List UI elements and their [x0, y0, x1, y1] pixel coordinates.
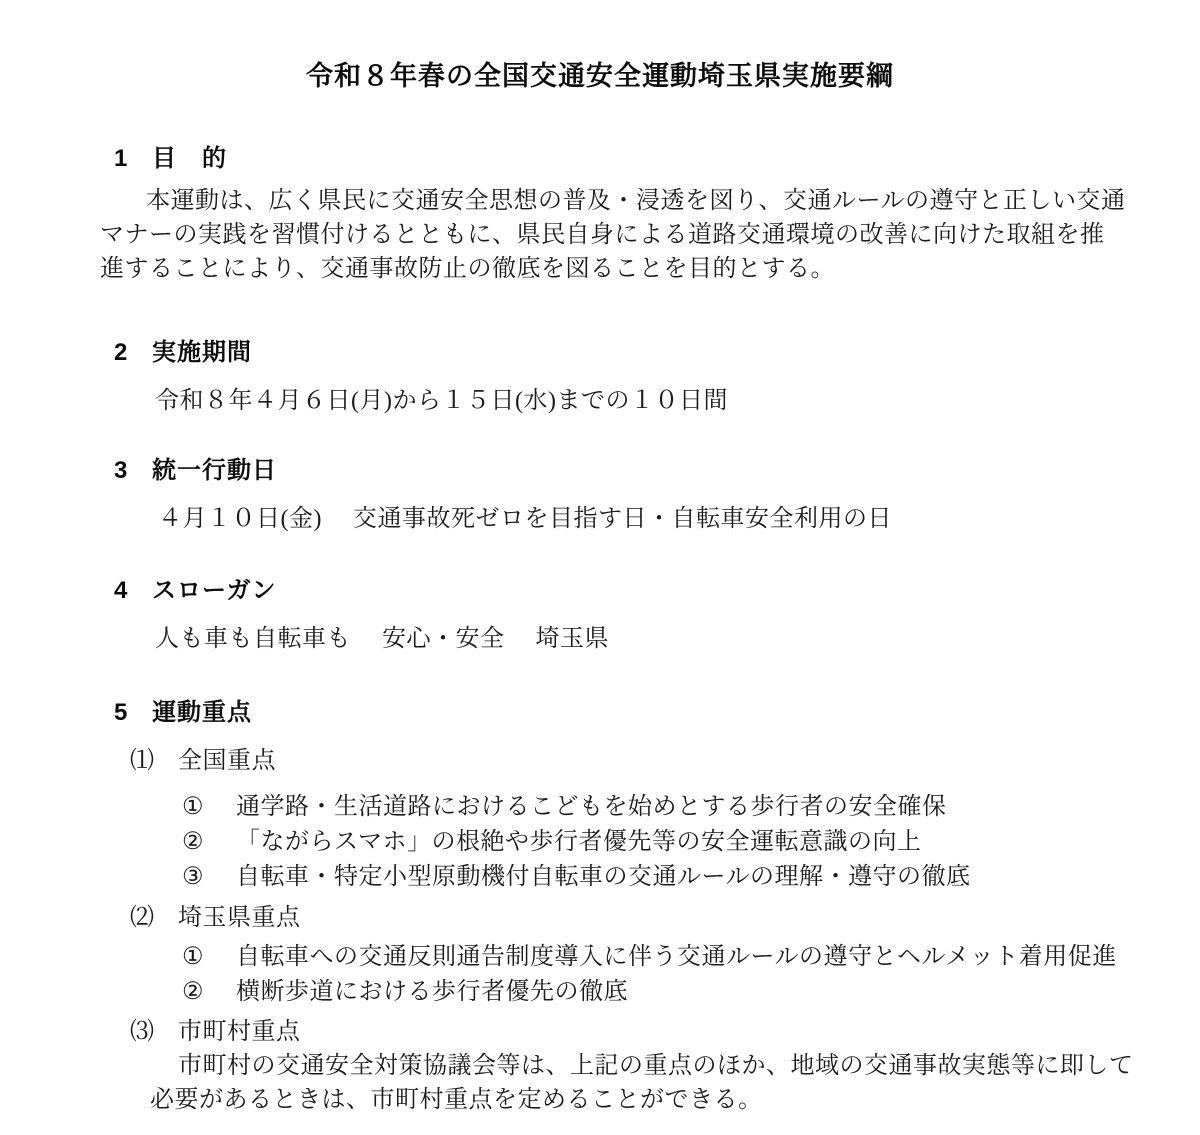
- list-item: ② 横断歩道における歩行者優先の徹底: [182, 975, 1100, 1010]
- subsection-saitama: ⑵ 埼玉県重点: [130, 901, 1100, 935]
- section-number: 4: [114, 574, 152, 608]
- document-title: 令和８年春の全国交通安全運動埼玉県実施要綱: [100, 56, 1100, 96]
- municipal-paragraph: 市町村の交通安全対策協議会等は、上記の重点のほか、地域の交通事故実態等に即して …: [150, 1049, 1100, 1117]
- paragraph-line: 必要があるときは、市町村重点を定めることができる。: [150, 1083, 1100, 1117]
- section-heading-priorities: 5 運動重点: [114, 696, 1100, 730]
- section-heading-action-day: 3 統一行動日: [114, 454, 1100, 488]
- paragraph-line: 進することにより、交通事故防止の徹底を図ることを目的とする。: [100, 252, 1100, 286]
- document-page: 令和８年春の全国交通安全運動埼玉県実施要綱 1 目 的 本運動は、広く県民に交通…: [0, 0, 1200, 1135]
- section-number: 2: [114, 336, 152, 370]
- item-text: 横断歩道における歩行者優先の徹底: [236, 975, 628, 1010]
- subsection-label: 埼玉県重点: [178, 901, 301, 935]
- paragraph-line: 本運動は、広く県民に交通安全思想の普及・浸透を図り、交通ルールの遵守と正しい交通: [100, 184, 1100, 218]
- paragraph-line: マナーの実践を習慣付けるとともに、県民自身による道路交通環境の改善に向けた取組を…: [100, 218, 1100, 252]
- paragraph-line: 市町村の交通安全対策協議会等は、上記の重点のほか、地域の交通事故実態等に即して: [150, 1049, 1100, 1083]
- section-number: 1: [114, 142, 152, 176]
- section-number: 5: [114, 696, 152, 730]
- list-item: ① 自転車への交通反則通告制度導入に伴う交通ルールの遵守とヘルメット着用促進: [182, 940, 1100, 975]
- action-day-body: ４月１０日(金) 交通事故死ゼロを目指す日・自転車安全利用の日: [158, 502, 1100, 536]
- item-marker: ①: [182, 940, 236, 975]
- item-marker: ①: [182, 790, 236, 825]
- saitama-items: ① 自転車への交通反則通告制度導入に伴う交通ルールの遵守とヘルメット着用促進 ②…: [100, 940, 1100, 1010]
- subsection-national: ⑴ 全国重点: [130, 744, 1100, 778]
- section-heading-label: 実施期間: [152, 336, 252, 370]
- subsection-marker: ⑴: [130, 744, 178, 778]
- list-item: ② 「ながらスマホ」の根絶や歩行者優先等の安全運転意識の向上: [182, 825, 1100, 860]
- item-marker: ②: [182, 825, 236, 860]
- national-items: ① 通学路・生活道路におけるこどもを始めとする歩行者の安全確保 ② 「ながらスマ…: [100, 790, 1100, 895]
- item-marker: ③: [182, 860, 236, 895]
- list-item: ③ 自転車・特定小型原動機付自転車の交通ルールの理解・遵守の徹底: [182, 860, 1100, 895]
- subsection-label: 市町村重点: [178, 1015, 301, 1049]
- slogan-body: 人も車も自転車も 安心・安全 埼玉県: [155, 622, 1100, 656]
- section-number: 3: [114, 454, 152, 488]
- list-item: ① 通学路・生活道路におけるこどもを始めとする歩行者の安全確保: [182, 790, 1100, 825]
- subsection-marker: ⑶: [130, 1015, 178, 1049]
- section-heading-period: 2 実施期間: [114, 336, 1100, 370]
- period-body: 令和８年４月６日(月)から１５日(水)までの１０日間: [155, 384, 1100, 418]
- item-text: 自転車への交通反則通告制度導入に伴う交通ルールの遵守とヘルメット着用促進: [236, 940, 1117, 975]
- item-text: 通学路・生活道路におけるこどもを始めとする歩行者の安全確保: [236, 790, 947, 825]
- purpose-paragraph: 本運動は、広く県民に交通安全思想の普及・浸透を図り、交通ルールの遵守と正しい交通…: [100, 184, 1100, 286]
- item-text: 「ながらスマホ」の根絶や歩行者優先等の安全運転意識の向上: [236, 825, 922, 860]
- subsection-label: 全国重点: [178, 744, 276, 778]
- section-heading-label: スローガン: [152, 574, 277, 608]
- section-heading-purpose: 1 目 的: [114, 142, 1100, 176]
- section-heading-slogan: 4 スローガン: [114, 574, 1100, 608]
- item-marker: ②: [182, 975, 236, 1010]
- section-heading-label: 統一行動日: [152, 454, 277, 488]
- subsection-marker: ⑵: [130, 901, 178, 935]
- section-heading-label: 目 的: [152, 142, 227, 176]
- section-heading-label: 運動重点: [152, 696, 252, 730]
- subsection-municipal: ⑶ 市町村重点: [130, 1015, 1100, 1049]
- item-text: 自転車・特定小型原動機付自転車の交通ルールの理解・遵守の徹底: [236, 860, 971, 895]
